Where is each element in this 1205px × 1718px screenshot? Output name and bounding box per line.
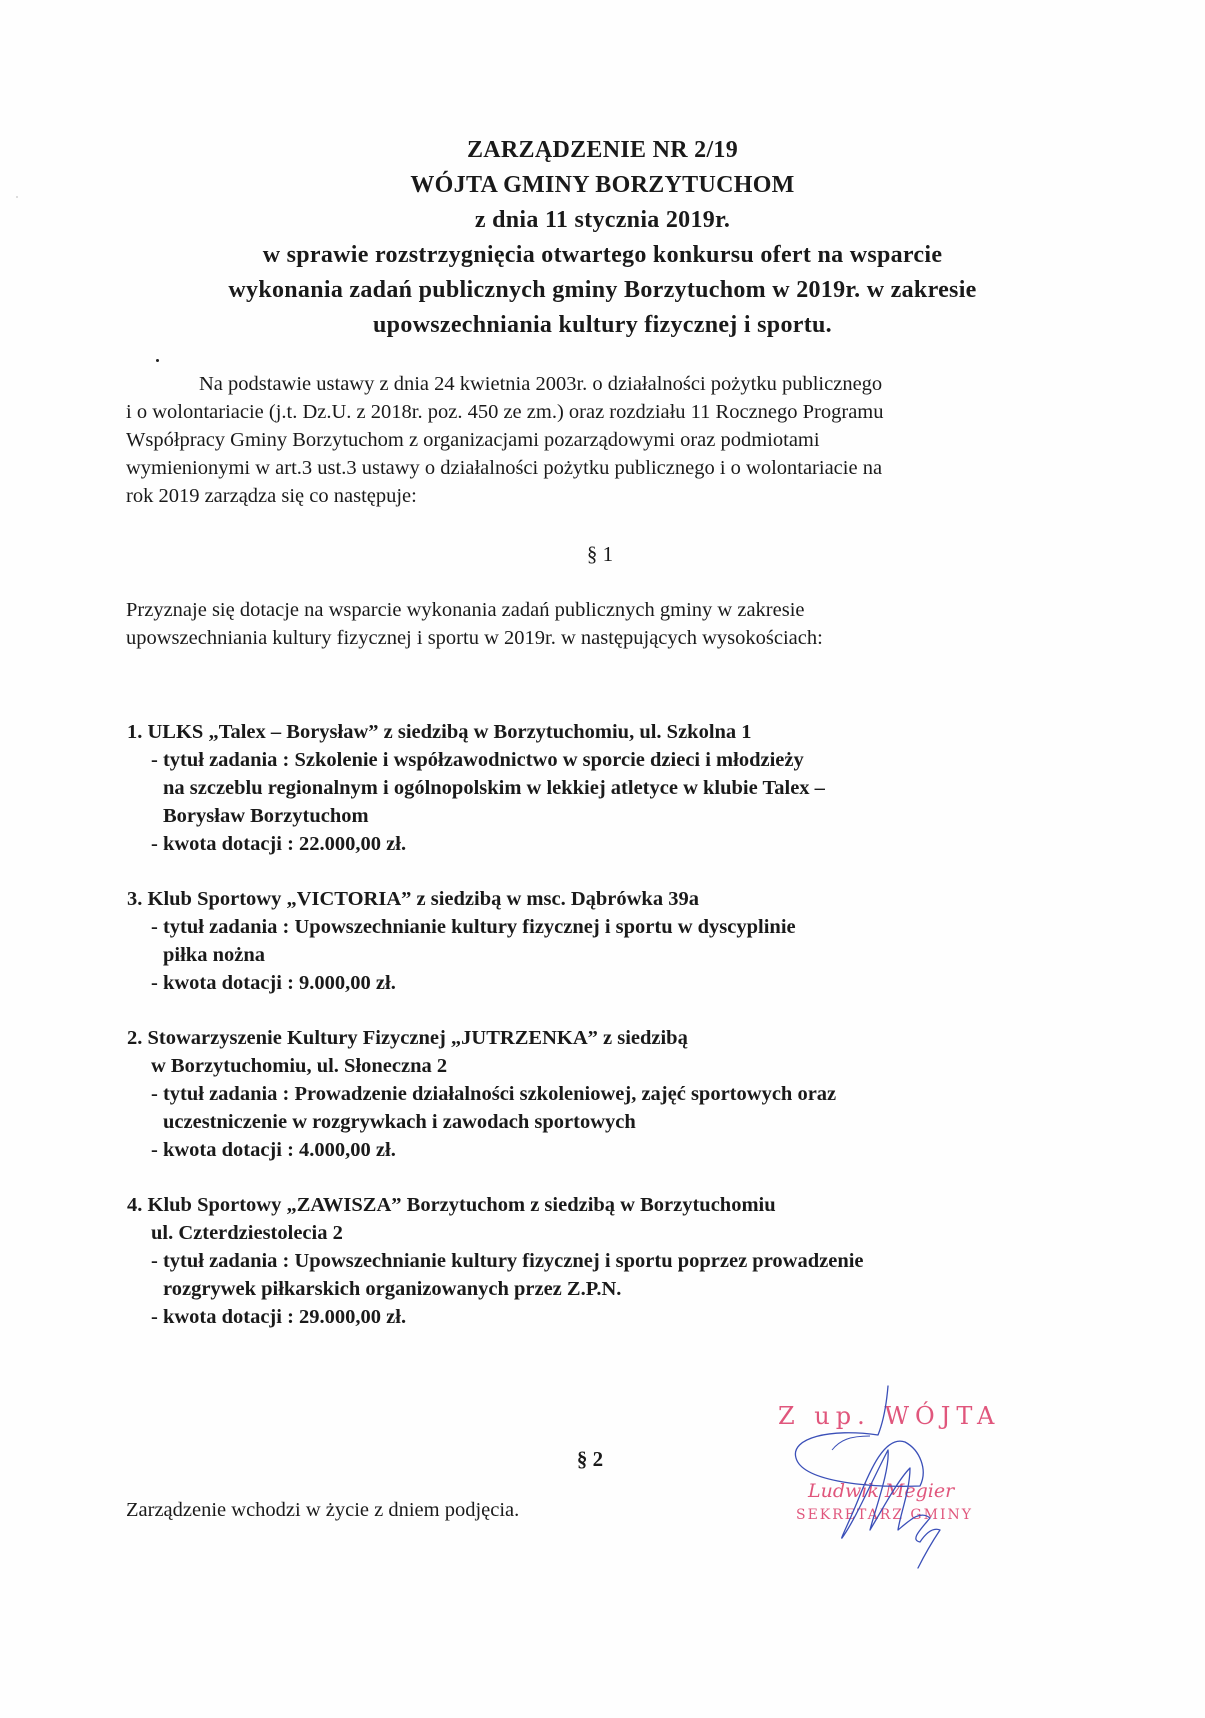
grant-amount: - kwota dotacji : 4.000,00 zł.	[127, 1136, 1107, 1164]
title-line: upowszechniania kultury fizycznej i spor…	[0, 308, 1205, 343]
intro-line: i o wolontariacie (j.t. Dz.U. z 2018r. p…	[126, 398, 1086, 426]
document-page: ZARZĄDZENIE NR 2/19 WÓJTA GMINY BORZYTUC…	[0, 0, 1205, 1718]
intro-line: Współpracy Gminy Borzytuchom z organizac…	[126, 426, 1086, 454]
grant-recipient: 2. Stowarzyszenie Kultury Fizycznej „JUT…	[127, 1024, 1107, 1052]
title-line: w sprawie rozstrzygnięcia otwartego konk…	[0, 238, 1205, 273]
title-line: WÓJTA GMINY BORZYTUCHOM	[0, 168, 1205, 203]
intro-line: wymienionymi w art.3 ust.3 ustawy o dzia…	[126, 454, 1086, 482]
grant-intro-paragraph: Przyznaje się dotacje na wsparcie wykona…	[126, 596, 1086, 652]
grant-task-title: na szczeblu regionalnym i ogólnopolskim …	[127, 774, 1107, 802]
grant-task-title: - tytuł zadania : Upowszechnianie kultur…	[127, 1247, 1107, 1275]
grant-task-title: piłka nożna	[127, 941, 1107, 969]
title-line: ZARZĄDZENIE NR 2/19	[0, 133, 1205, 168]
grant-task-title: Borysław Borzytuchom	[127, 802, 1107, 830]
grant-task-title: rozgrywek piłkarskich organizowanych prz…	[127, 1275, 1107, 1303]
grant-item: 1. ULKS „Talex – Borysław” z siedzibą w …	[127, 718, 1107, 858]
section-2-heading: § 2	[550, 1445, 630, 1473]
grant-intro-line: Przyznaje się dotacje na wsparcie wykona…	[126, 596, 1086, 624]
grant-amount: - kwota dotacji : 22.000,00 zł.	[127, 830, 1107, 858]
grant-recipient: 1. ULKS „Talex – Borysław” z siedzibą w …	[127, 718, 1107, 746]
grant-recipient: 3. Klub Sportowy „VICTORIA” z siedzibą w…	[127, 885, 1107, 913]
grant-recipient-address: ul. Czterdziestolecia 2	[127, 1219, 1107, 1247]
intro-paragraph: Na podstawie ustawy z dnia 24 kwietnia 2…	[126, 370, 1086, 510]
grant-recipient-address: w Borzytuchomiu, ul. Słoneczna 2	[127, 1052, 1107, 1080]
handwritten-signature-icon	[770, 1380, 1010, 1570]
closing-statement: Zarządzenie wchodzi w życie z dniem podj…	[126, 1496, 519, 1524]
stray-dot	[156, 359, 159, 362]
grant-item: 4. Klub Sportowy „ZAWISZA” Borzytuchom z…	[127, 1191, 1107, 1331]
intro-line: rok 2019 zarządza się co następuje:	[126, 482, 1086, 510]
section-1-heading: § 1	[560, 540, 640, 568]
grant-list: 1. ULKS „Talex – Borysław” z siedzibą w …	[127, 718, 1107, 1358]
grant-intro-line: upowszechniania kultury fizycznej i spor…	[126, 624, 1086, 652]
grant-task-title: - tytuł zadania : Upowszechnianie kultur…	[127, 913, 1107, 941]
title-line: z dnia 11 stycznia 2019r.	[0, 203, 1205, 238]
document-title: ZARZĄDZENIE NR 2/19 WÓJTA GMINY BORZYTUC…	[0, 133, 1205, 343]
grant-amount: - kwota dotacji : 29.000,00 zł.	[127, 1303, 1107, 1331]
grant-task-title: - tytuł zadania : Szkolenie i współzawod…	[127, 746, 1107, 774]
title-line: wykonania zadań publicznych gminy Borzyt…	[0, 273, 1205, 308]
grant-item: 3. Klub Sportowy „VICTORIA” z siedzibą w…	[127, 885, 1107, 997]
intro-line: Na podstawie ustawy z dnia 24 kwietnia 2…	[126, 370, 1086, 398]
grant-amount: - kwota dotacji : 9.000,00 zł.	[127, 969, 1107, 997]
grant-recipient: 4. Klub Sportowy „ZAWISZA” Borzytuchom z…	[127, 1191, 1107, 1219]
grant-task-title: uczestniczenie w rozgrywkach i zawodach …	[127, 1108, 1107, 1136]
grant-task-title: - tytuł zadania : Prowadzenie działalnoś…	[127, 1080, 1107, 1108]
grant-item: 2. Stowarzyszenie Kultury Fizycznej „JUT…	[127, 1024, 1107, 1164]
official-stamp: Z up. WÓJTA Ludwik Megier SEKRETARZ GMIN…	[770, 1380, 1010, 1570]
